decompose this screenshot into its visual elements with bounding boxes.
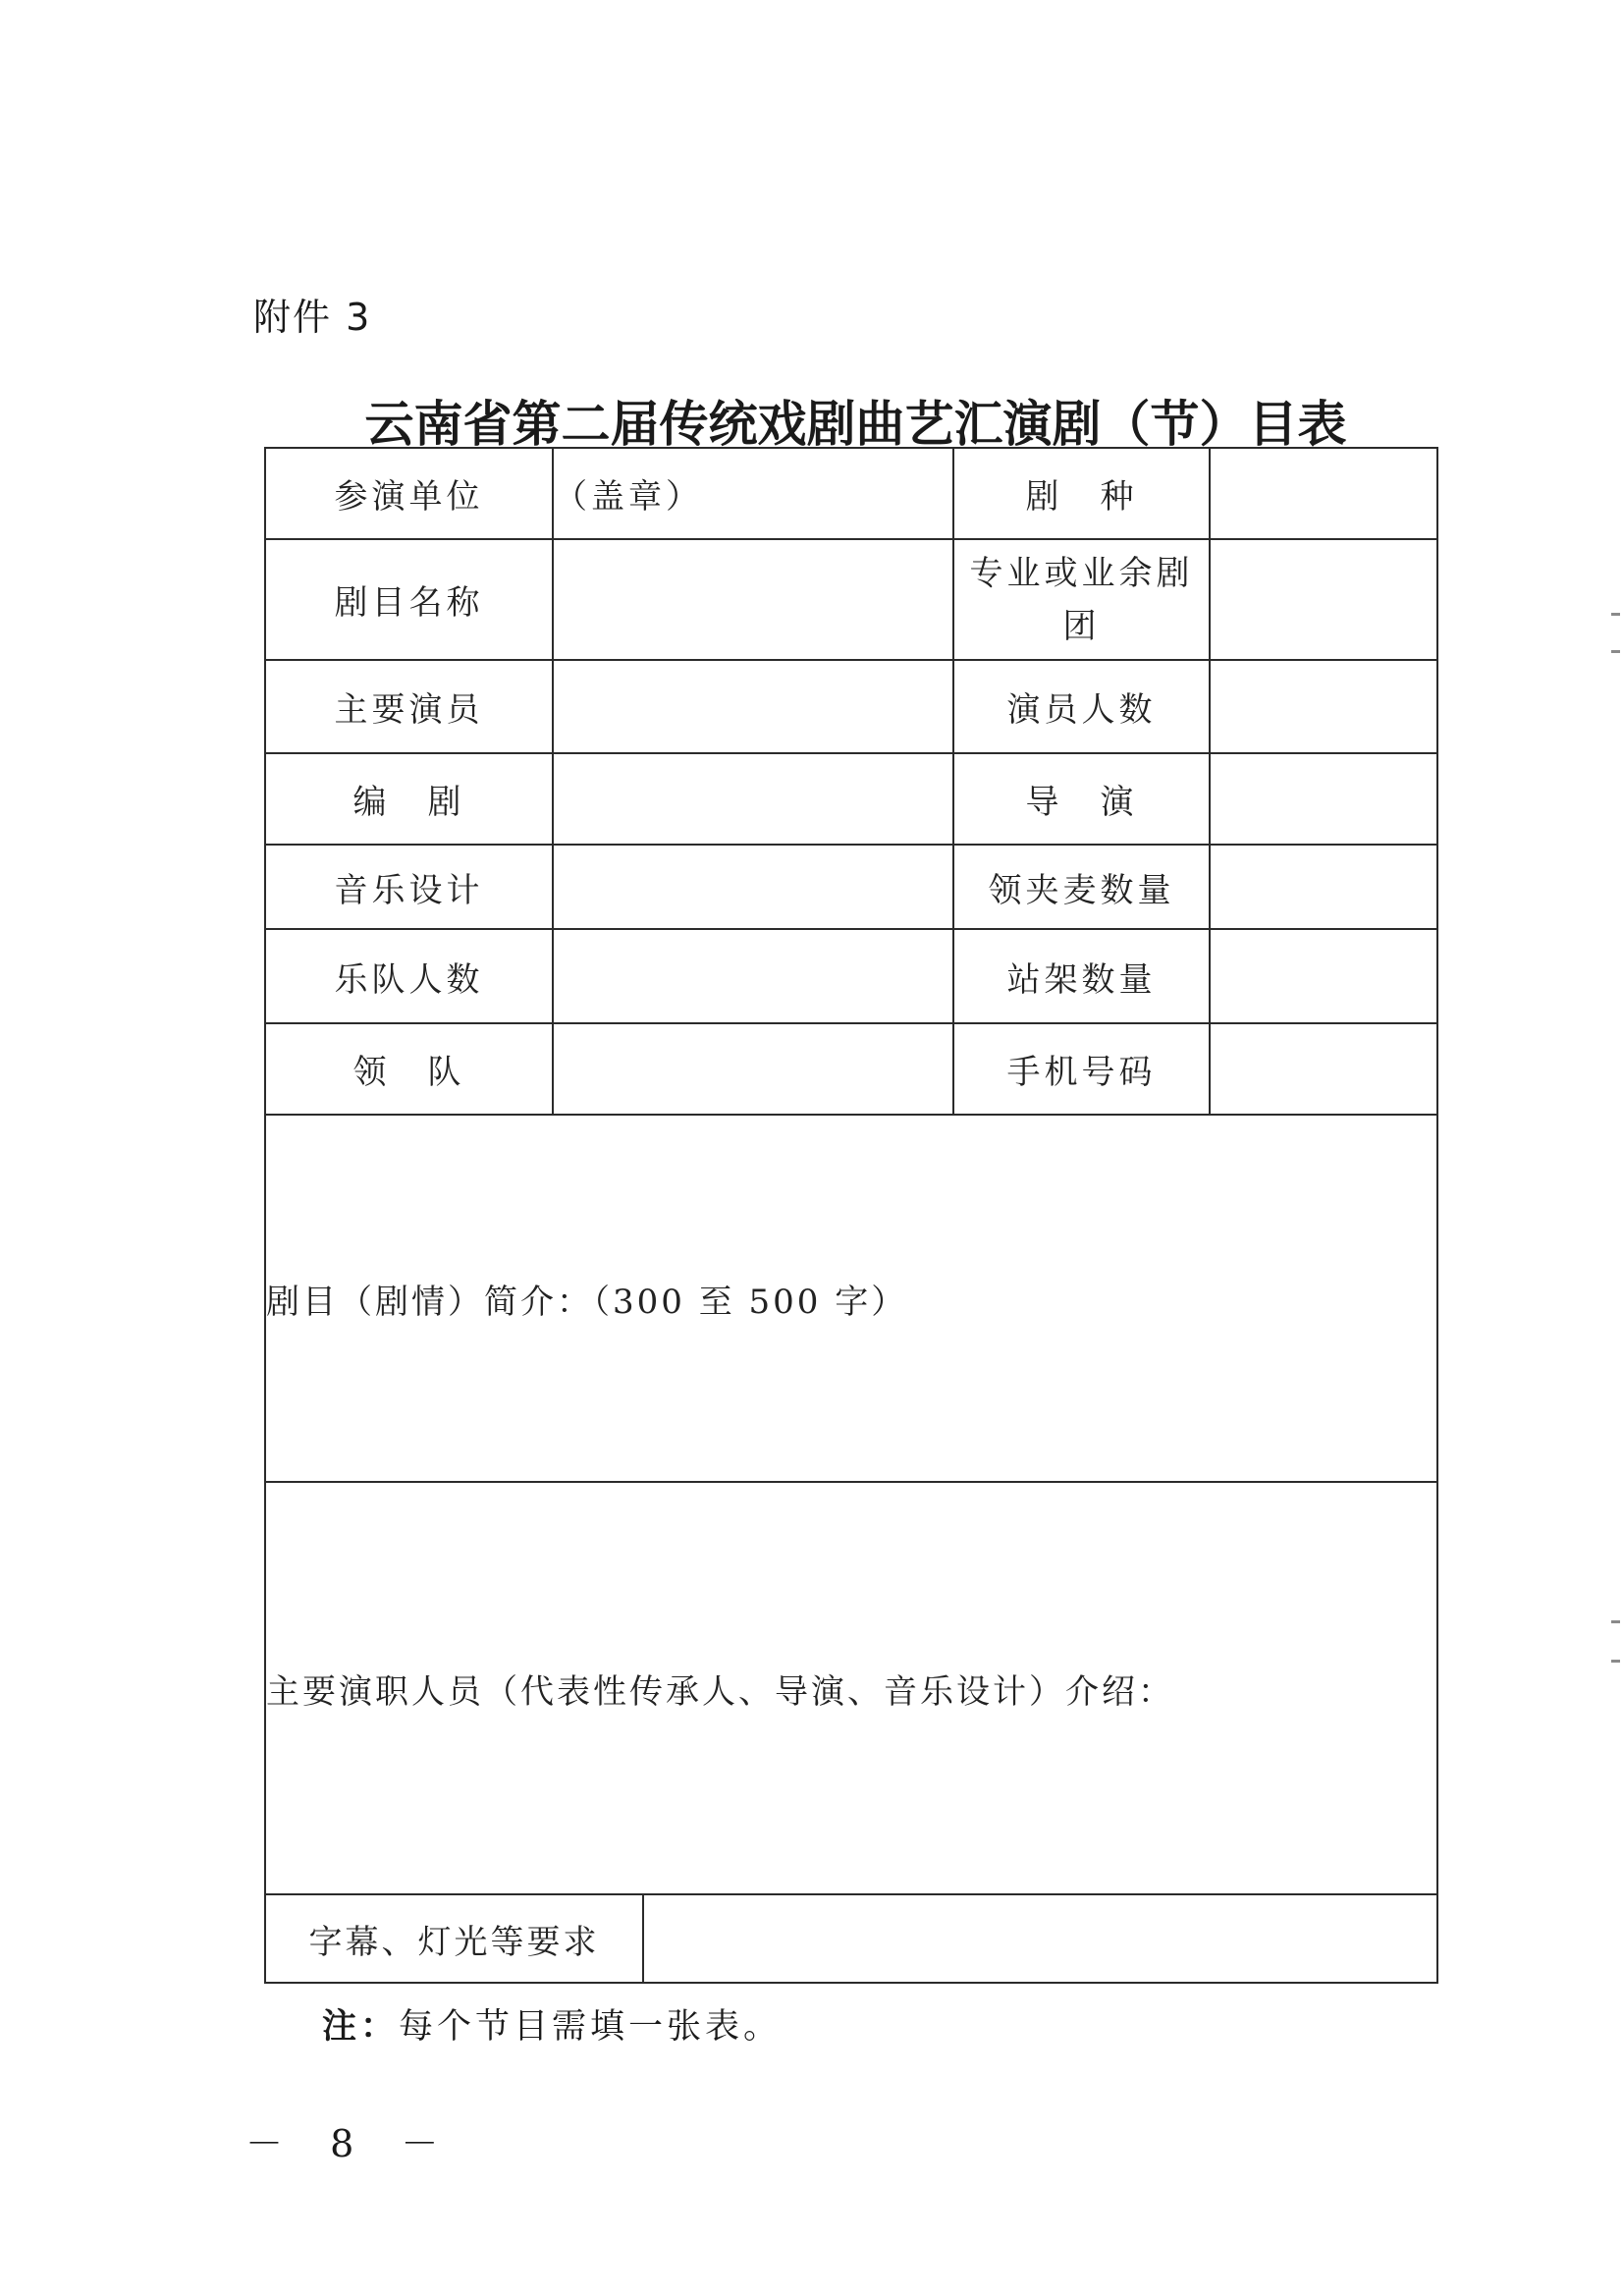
opera-genre-field[interactable] xyxy=(1210,448,1437,539)
lavalier-mic-count-field[interactable] xyxy=(1210,845,1437,929)
playwright-field[interactable] xyxy=(553,753,953,845)
form-row: 参演单位 （盖章） 剧 种 xyxy=(265,448,1437,539)
scan-artifact-mark xyxy=(1611,1660,1620,1663)
label-lavalier-mic-count: 领夹麦数量 xyxy=(953,845,1210,929)
label-participating-unit: 参演单位 xyxy=(265,448,553,539)
form-row: 乐队人数 站架数量 xyxy=(265,929,1437,1023)
label-team-leader: 领 队 xyxy=(265,1023,553,1115)
staff-introduction-field[interactable]: 主要演职人员（代表性传承人、导演、音乐设计）介绍： xyxy=(265,1482,1437,1894)
requirements-row-container: 字幕、灯光等要求 xyxy=(265,1894,1437,1983)
staff-introduction-label: 主要演职人员（代表性传承人、导演、音乐设计）介绍： xyxy=(266,1665,1436,1713)
registration-form-table: 参演单位 （盖章） 剧 种 剧目名称 专业或业余剧团 主要演员 演员人数 编 剧… xyxy=(264,447,1438,1984)
team-leader-field[interactable] xyxy=(553,1023,953,1115)
page-title: 云南省第二届传统戏剧曲艺汇演剧（节）目表 xyxy=(0,385,1623,456)
participating-unit-field[interactable]: （盖章） xyxy=(553,448,953,539)
synopsis-field[interactable]: 剧目（剧情）简介：（300 至 500 字） xyxy=(265,1115,1437,1482)
form-row: 主要演职人员（代表性传承人、导演、音乐设计）介绍： xyxy=(265,1482,1437,1894)
scan-artifact-mark xyxy=(1611,613,1620,616)
label-music-design: 音乐设计 xyxy=(265,845,553,929)
subtitle-lighting-requirements-field[interactable] xyxy=(644,1895,1436,1982)
footnote-text: 每个节目需填一张表。 xyxy=(399,2007,782,2047)
footnote-prefix: 注： xyxy=(322,2007,399,2047)
label-actor-count: 演员人数 xyxy=(953,660,1210,753)
stand-mic-count-field[interactable] xyxy=(1210,929,1437,1023)
main-actors-field[interactable] xyxy=(553,660,953,753)
form-row: 音乐设计 领夹麦数量 xyxy=(265,845,1437,929)
band-size-field[interactable] xyxy=(553,929,953,1023)
attachment-label: 附件 3 xyxy=(253,287,371,341)
director-field[interactable] xyxy=(1210,753,1437,845)
label-professional-or-amateur: 专业或业余剧团 xyxy=(953,539,1210,660)
scan-artifact-mark xyxy=(1611,1620,1620,1623)
label-stand-mic-count: 站架数量 xyxy=(953,929,1210,1023)
scan-artifact-mark xyxy=(1611,650,1620,653)
label-director: 导 演 xyxy=(953,753,1210,845)
repertoire-name-field[interactable] xyxy=(553,539,953,660)
label-band-size: 乐队人数 xyxy=(265,929,553,1023)
footnote: 注：每个节目需填一张表。 xyxy=(322,1999,782,2049)
label-repertoire-name: 剧目名称 xyxy=(265,539,553,660)
form-row: 剧目（剧情）简介：（300 至 500 字） xyxy=(265,1115,1437,1482)
page-number: － 8 － xyxy=(245,2113,456,2167)
mobile-number-field[interactable] xyxy=(1210,1023,1437,1115)
label-opera-genre: 剧 种 xyxy=(953,448,1210,539)
actor-count-field[interactable] xyxy=(1210,660,1437,753)
form-row: 领 队 手机号码 xyxy=(265,1023,1437,1115)
form-row: 字幕、灯光等要求 xyxy=(265,1894,1437,1983)
music-design-field[interactable] xyxy=(553,845,953,929)
label-subtitle-lighting-requirements: 字幕、灯光等要求 xyxy=(266,1895,644,1982)
form-row: 剧目名称 专业或业余剧团 xyxy=(265,539,1437,660)
form-row: 主要演员 演员人数 xyxy=(265,660,1437,753)
synopsis-label: 剧目（剧情）简介：（300 至 500 字） xyxy=(266,1275,1436,1323)
label-playwright: 编 剧 xyxy=(265,753,553,845)
label-mobile-number: 手机号码 xyxy=(953,1023,1210,1115)
professional-or-amateur-field[interactable] xyxy=(1210,539,1437,660)
form-row: 编 剧 导 演 xyxy=(265,753,1437,845)
label-main-actors: 主要演员 xyxy=(265,660,553,753)
